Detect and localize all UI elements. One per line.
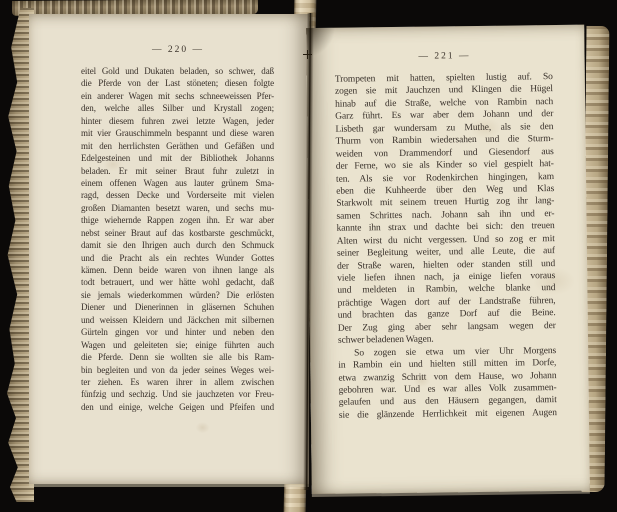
text-block-right: Trompeten mit hatten, spielten lustig au… xyxy=(335,71,557,422)
text-line: fünfzig und sechzig. Und sie jauchzeten … xyxy=(81,388,274,400)
text-line: Diener und Dienerinnen in gläsernen Schu… xyxy=(81,301,274,313)
text-line: ein anderer Wagen mit sechs schneeweisse… xyxy=(81,90,274,102)
text-line: mit den herrlichsten Geräthen und Gefäße… xyxy=(81,140,274,152)
text-block-left: eitel Gold und Dukaten beladen, so schwe… xyxy=(81,65,274,413)
text-line: Wagen und geleiteten sie; einige führten… xyxy=(81,339,274,351)
book-photo: — 220 — eitel Gold und Dukaten beladen, … xyxy=(0,0,617,512)
text-line: den, welche alles Silber und Krystall zo… xyxy=(81,102,274,114)
left-page: — 220 — eitel Gold und Dukaten beladen, … xyxy=(29,14,309,484)
text-line: mit vier Grauschimmeln bespannt und dies… xyxy=(81,127,274,139)
text-line: hinter diesem fuhren zwei letzte Wagen, … xyxy=(81,115,274,127)
text-line: bin begleiten und von da jeder seines We… xyxy=(81,364,274,376)
gutter-crease-line xyxy=(306,13,311,490)
text-line: und weissen Kleidern und Jäckchen mit si… xyxy=(81,314,274,326)
text-line: ragd, dessen Decke und Vorderseite mit v… xyxy=(81,189,274,201)
text-line: Edelgesteinen und mit der Bibliothek Joh… xyxy=(81,152,274,164)
text-line: todt betrauert, und wer hätte wohl gedac… xyxy=(81,276,274,288)
text-line: ter ziehen. Es waren ihrer in allem zwis… xyxy=(81,376,274,388)
page-header-left: — 220 — xyxy=(82,45,274,55)
right-page: — 221 — Trompeten mit hatten, spielten l… xyxy=(306,25,590,494)
text-line: thige wiehernde Rappen zogen ihn. Er war… xyxy=(81,214,274,226)
text-line: nebst seiner Braut auf das kostbarste ge… xyxy=(81,227,274,239)
text-line: einem offenen Wagen aus lauter grünem Sm… xyxy=(81,177,274,189)
text-line: die Pferde von der Last stöneten; diesen… xyxy=(81,77,274,89)
text-line: eitel Gold und Dukaten beladen, so schwe… xyxy=(81,65,274,77)
text-line: und die Pracht als ein rechtes Wunder Go… xyxy=(81,252,274,264)
page-header-right: — 221 — xyxy=(335,50,553,63)
text-line: sie die glänzende Herrlichkeit mit eigen… xyxy=(339,407,557,422)
text-line: damit sie den Ihrigen auch durch den Sch… xyxy=(81,239,274,251)
text-line: großen Diamanten besetzt waren, und sech… xyxy=(81,202,274,214)
text-line: kämen. Denn beide waren von ihnen lange … xyxy=(81,264,274,276)
text-line: die Pferde. Denn sie wollten sie alle bi… xyxy=(81,351,274,363)
text-line: Gürteln gingen vor und hinter und neben … xyxy=(81,326,274,338)
text-line: den und einige, welche Geigen und Pfeife… xyxy=(81,401,274,413)
gutter-cross-mark xyxy=(303,50,312,59)
text-line: beladen. Er mit seiner Braut fuhr zuletz… xyxy=(81,165,274,177)
text-line: sie jemals wiederkommen würden? Die erlö… xyxy=(81,289,274,301)
